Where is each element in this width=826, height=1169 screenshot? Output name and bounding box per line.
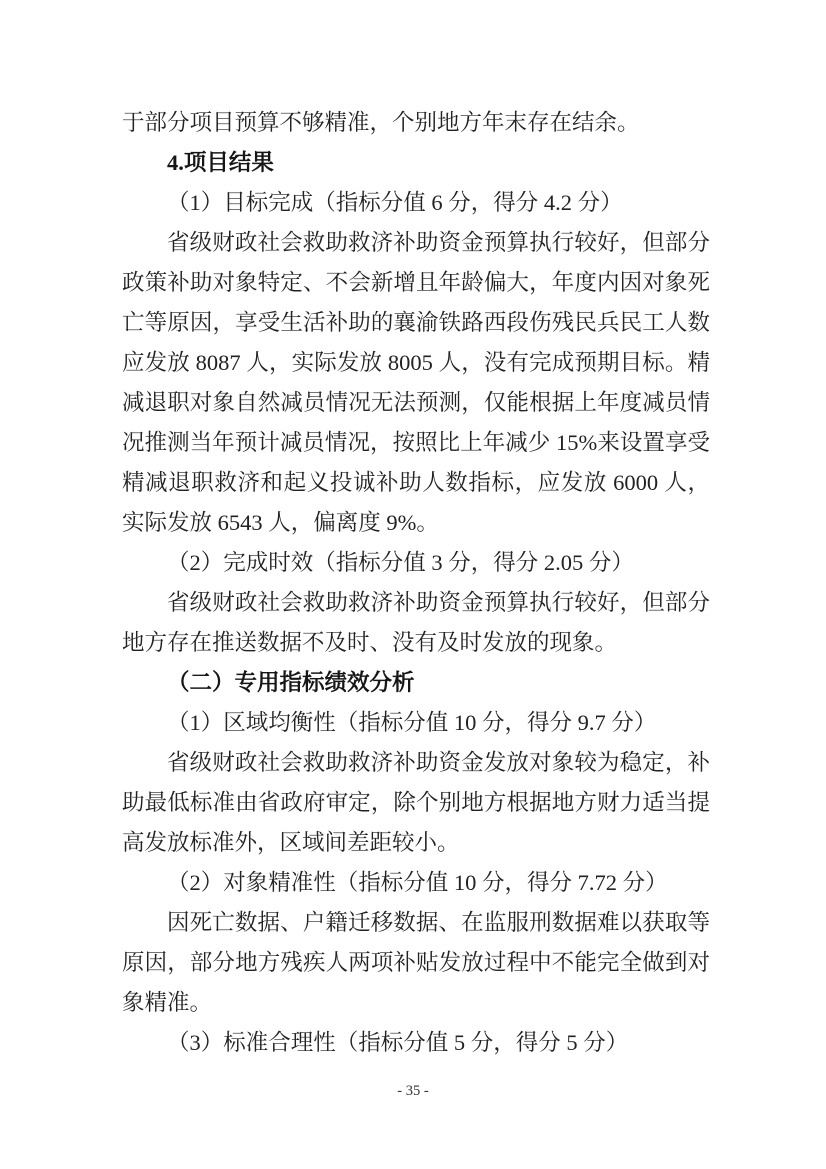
text-line: 省级财政社会救助救济补助资金发放对象较为稳定，补 [122, 743, 710, 783]
section-heading: 4.项目结果 [122, 143, 710, 183]
text-line: 减退职对象自然减员情况无法预测，仅能根据上年度减员情 [122, 383, 710, 423]
text-line: 实际发放 6543 人，偏离度 9%。 [122, 503, 710, 543]
text-line: （3）标准合理性（指标分值 5 分，得分 5 分） [122, 1023, 710, 1063]
text-line: （1）区域均衡性（指标分值 10 分，得分 9.7 分） [122, 703, 710, 743]
text-line: 因死亡数据、户籍迁移数据、在监服刑数据难以获取等 [122, 903, 710, 943]
text-line: 政策补助对象特定、不会新增且年龄偏大，年度内因对象死 [122, 263, 710, 303]
text-line: 助最低标准由省政府审定，除个别地方根据地方财力适当提 [122, 783, 710, 823]
text-line: （1）目标完成（指标分值 6 分，得分 4.2 分） [122, 183, 710, 223]
text-line: 应发放 8087 人，实际发放 8005 人，没有完成预期目标。精 [122, 343, 710, 383]
text-line: 精减退职救济和起义投诚补助人数指标，应发放 6000 人， [122, 463, 710, 503]
text-line: 省级财政社会救助救济补助资金预算执行较好，但部分 [122, 583, 710, 623]
section-heading: （二）专用指标绩效分析 [122, 663, 710, 703]
text-line: 地方存在推送数据不及时、没有及时发放的现象。 [122, 623, 710, 663]
text-line: （2）对象精准性（指标分值 10 分，得分 7.72 分） [122, 863, 710, 903]
text-line: 省级财政社会救助救济补助资金预算执行较好，但部分 [122, 223, 710, 263]
text-line: 象精准。 [122, 983, 710, 1023]
text-line: 亡等原因，享受生活补助的襄渝铁路西段伤残民兵民工人数 [122, 303, 710, 343]
text-block: 于部分项目预算不够精准，个别地方年末存在结余。4.项目结果（1）目标完成（指标分… [122, 103, 710, 1063]
page-number-footer: - 35 - [0, 1083, 826, 1100]
document-page: 于部分项目预算不够精准，个别地方年末存在结余。4.项目结果（1）目标完成（指标分… [0, 0, 826, 1169]
text-line: 原因，部分地方残疾人两项补贴发放过程中不能完全做到对 [122, 943, 710, 983]
text-line: 况推测当年预计减员情况，按照比上年减少 15%来设置享受 [122, 423, 710, 463]
text-line: （2）完成时效（指标分值 3 分，得分 2.05 分） [122, 543, 710, 583]
text-line: 高发放标准外，区域间差距较小。 [122, 823, 710, 863]
text-line: 于部分项目预算不够精准，个别地方年末存在结余。 [122, 103, 710, 143]
